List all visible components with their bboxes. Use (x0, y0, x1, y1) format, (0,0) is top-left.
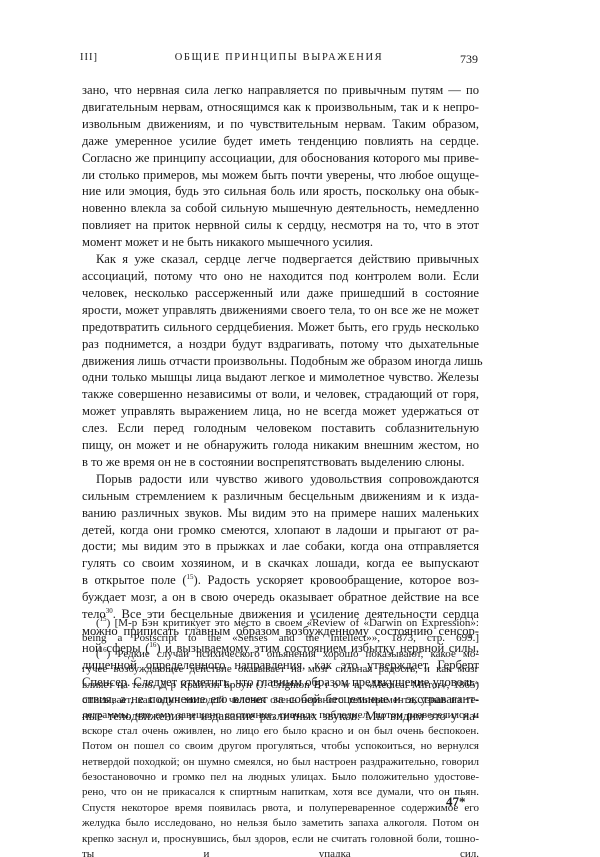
text-line: также совершенно независимы от воли, и ч… (82, 386, 479, 403)
text-line: движения лишь отчасти произвольны. Подоб… (82, 353, 479, 370)
text-line: ванию различных звуков. Мы видим это на … (82, 505, 479, 522)
page-number: 739 (460, 52, 478, 67)
text-line: Порыв радости или чувство живого удоволь… (82, 471, 479, 488)
book-page: III] ОБЩИЕ ПРИНЦИПЫ ВЫРАЖЕНИЯ 739 зано, … (0, 0, 600, 857)
text-line: двигательным нервам, относящимся как к п… (82, 99, 479, 116)
endnote-ref: 30 (106, 607, 113, 615)
text-line: в открытое поле (15). Радость ускоряет к… (82, 572, 479, 589)
text-line: момент может и не быть никакого мышечног… (82, 234, 479, 251)
text-line: зано, что нервная сила легко направляетс… (82, 82, 479, 99)
footnote-line: Спустя некоторое время появилась рвота, … (82, 801, 479, 816)
text-line: извольным движениям, и по чувствительным… (82, 116, 479, 133)
text-line: человек, несколько рассерженный или даже… (82, 285, 479, 302)
footnote-line: леграммы, что ему завещано состояние, сн… (82, 708, 479, 723)
text-line: в то же время он не в состоянии воспрепя… (82, 454, 479, 471)
footnote-line: желудка было исследовано, но нельзя было… (82, 816, 479, 831)
footnotes: (15) [М-р Бэн критикует это место в свое… (82, 616, 479, 857)
footnote-line: безостановочно и громко пел на людных ул… (82, 770, 479, 785)
text-line: повлияет на приток нервной силы к сердцу… (82, 217, 479, 234)
running-header: III] ОБЩИЕ ПРИНЦИПЫ ВЫРАЖЕНИЯ 739 (80, 52, 478, 66)
text-line: ние или эмоция, будь это сильная боль ил… (82, 183, 479, 200)
text-line: ярости, может управлять движениями своег… (82, 302, 479, 319)
signature-mark: 47* (446, 794, 466, 810)
footnote-marker: (15) (96, 617, 115, 629)
text-line: одни только мышцы лица выдают легкое и м… (82, 369, 479, 386)
footnote-line: (16) Редкие случаи психического опьянени… (82, 647, 479, 662)
text-line: раз поднимется, а ноздри будут вздрагива… (82, 336, 479, 353)
footnote-line: Потом он пошел со своим другом прогулять… (82, 739, 479, 754)
running-title: ОБЩИЕ ПРИНЦИПЫ ВЫРАЖЕНИЯ (80, 52, 478, 63)
text-line: предотвратить сильного сердцебиения. Мож… (82, 319, 479, 336)
text-line: ассоциаций, потому что оно не находится … (82, 268, 479, 285)
footnote-line: being a Postscript to the «Senses and th… (82, 631, 479, 646)
text-line: может управлять выражением лица, но не в… (82, 403, 479, 420)
text-line: Как я уже сказал, сердце легче подвергае… (82, 251, 479, 268)
text-line: слез. Если перед голодным человеком пост… (82, 420, 479, 437)
footnote-line: гучее возбуждающее действие оказывает на… (82, 662, 479, 677)
footnote-line: (15) [М-р Бэн критикует это место в свое… (82, 616, 479, 631)
footnote-line: крепко заснул и, проснувшись, был здоров… (82, 832, 479, 847)
footnote-line: вскоре стал очень оживлен, но лицо его б… (82, 724, 479, 739)
text-line: пищу, он может и не обнаружить голода ни… (82, 437, 479, 454)
text-line: Согласно же принципу ассоциации, для обо… (82, 150, 479, 167)
footnote-line: описывает, как один молодой человек очен… (82, 693, 479, 708)
footnote-line: рено, что он не прикасался к спиртным на… (82, 785, 479, 800)
footnote-marker: (16) (96, 648, 117, 660)
text-line: дости; мы видим это в прыжках и лае соба… (82, 538, 479, 555)
text-line: буждает мозг, а он в свою очередь оказыв… (82, 589, 479, 606)
text-line: гулять со своим хозяином, и в скачках ло… (82, 555, 479, 572)
footnote-line: влияет на тело. Д-р Крайтон Броун (J. Cr… (82, 678, 479, 693)
footnote-line: нетвердой походкой; он шумно смеялся, но… (82, 755, 479, 770)
footnote-line: ты и упадка сил. (82, 847, 479, 857)
text-line: сильным стремлением к различным бесцельн… (82, 488, 479, 505)
text-line: детей, когда они громко смеются, хлопают… (82, 522, 479, 539)
text-line: новенно влекла за собой сильную мышечную… (82, 200, 479, 217)
text-line: ли столько примеров, мы можем быть почти… (82, 167, 479, 184)
text-line: даже умеренное усилие будет иметь тенден… (82, 133, 479, 150)
footnote-ref: 15 (187, 573, 194, 581)
